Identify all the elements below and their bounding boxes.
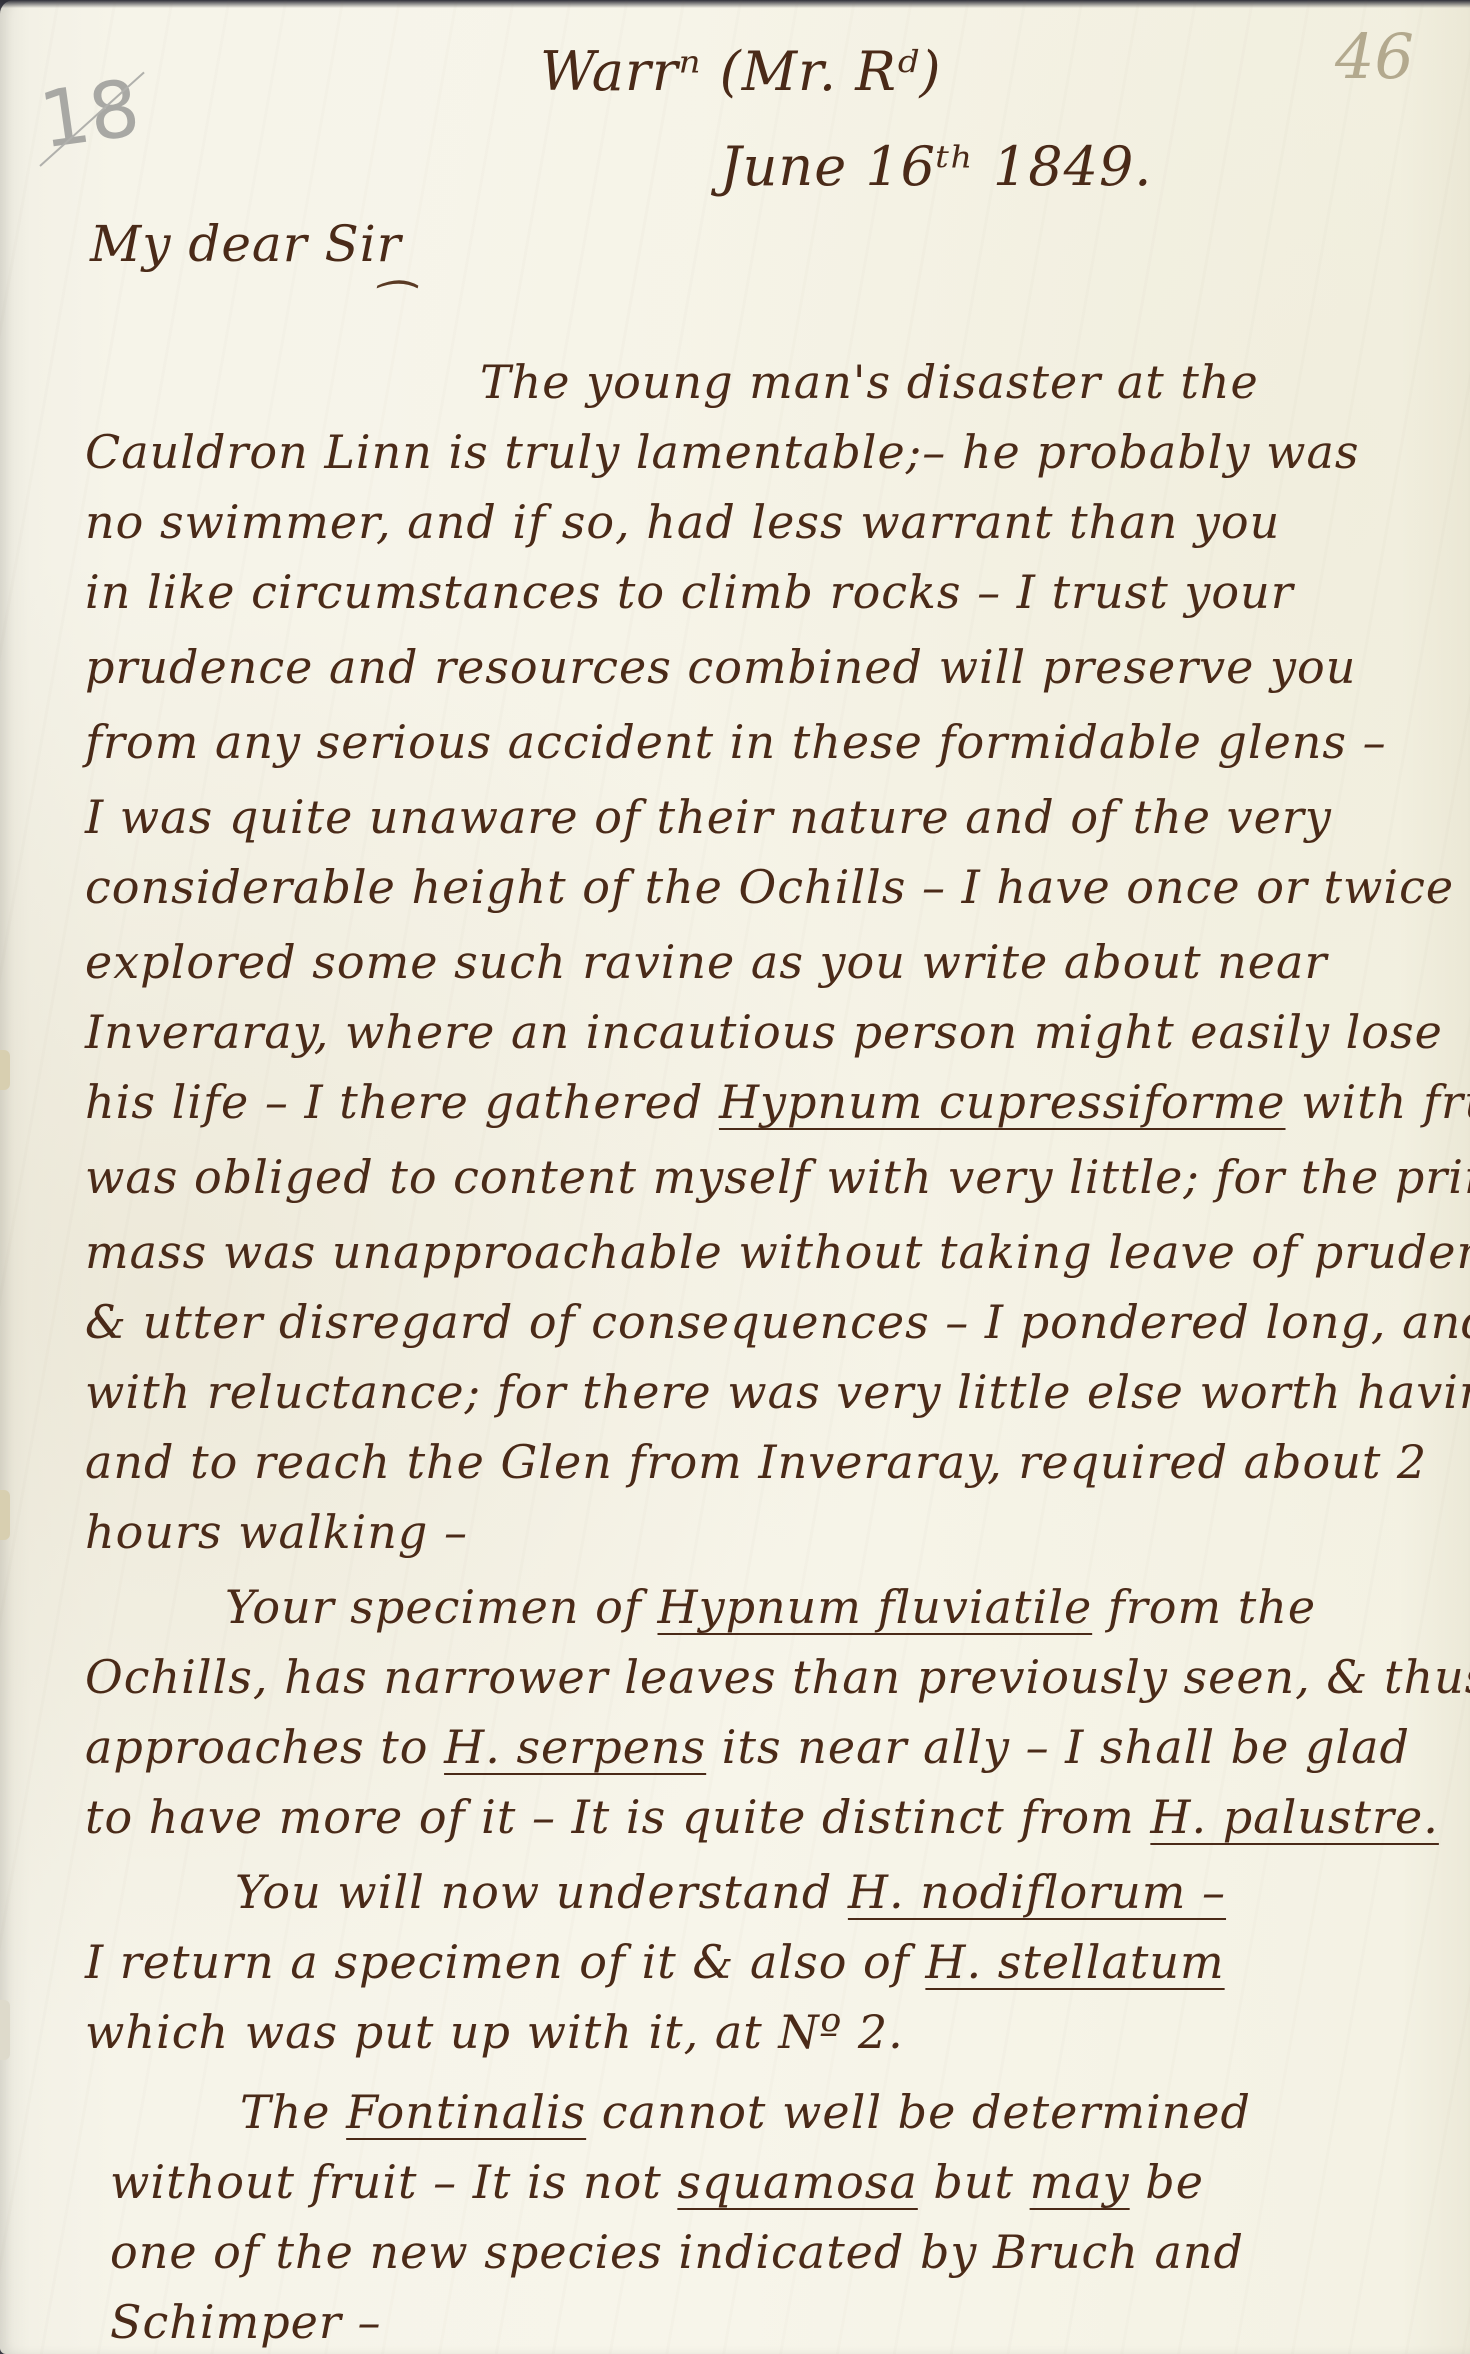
line-text: without fruit – It is not bbox=[110, 2155, 662, 2209]
letter-line: Cauldron Linn is truly lamentable;– he p… bbox=[85, 425, 1360, 479]
line-text: You will now understand bbox=[235, 1865, 832, 1919]
binding-thread-mark bbox=[0, 2000, 10, 2060]
species-name-underlined: H. palustre. bbox=[1150, 1790, 1439, 1844]
letter-line: hours walking – bbox=[85, 1505, 468, 1559]
letter-line: from any serious accident in these formi… bbox=[85, 715, 1387, 769]
species-name-underlined: H. nodiflorum – bbox=[848, 1865, 1226, 1919]
letter-line: prudence and resources combined will pre… bbox=[85, 640, 1356, 694]
letter-line: & utter disregard of consequences – I po… bbox=[85, 1295, 1470, 1349]
salutation: My dear Sir bbox=[90, 215, 402, 273]
folio-number: 46 bbox=[1335, 20, 1414, 93]
letter-line: The Fontinalis cannot well be determined bbox=[240, 2085, 1251, 2139]
letter-line: no swimmer, and if so, had less warrant … bbox=[85, 495, 1280, 549]
letter-line: mass was unapproachable without taking l… bbox=[85, 1225, 1470, 1279]
binding-thread-mark bbox=[0, 1490, 10, 1540]
line-text: cannot well be determined bbox=[586, 2085, 1251, 2139]
letter-line: I return a specimen of it & also of H. s… bbox=[85, 1935, 1225, 1989]
letter-line: The young man's disaster at the bbox=[480, 355, 1259, 409]
line-text: but bbox=[918, 2155, 1030, 2209]
line-text: be bbox=[1130, 2155, 1204, 2209]
line-text: its near ally – I shall be glad bbox=[706, 1720, 1410, 1774]
page-top-edge-shadow bbox=[0, 0, 1470, 8]
binding-thread-mark bbox=[0, 1050, 10, 1090]
letter-line: Your specimen of Hypnum fluviatile from … bbox=[225, 1580, 1316, 1634]
species-name-underlined: Hypnum fluviatile bbox=[658, 1580, 1093, 1634]
line-text: I return a specimen of it & also of bbox=[85, 1935, 910, 1989]
letter-line: Ochills, has narrower leaves than previo… bbox=[85, 1650, 1470, 1704]
letter-line: was obliged to content myself with very … bbox=[85, 1150, 1470, 1204]
letter-line: without fruit – It is not squamosa but m… bbox=[110, 2155, 1204, 2209]
letter-line: and to reach the Glen from Inveraray, re… bbox=[85, 1435, 1427, 1489]
letter-line: You will now understand H. nodiflorum – bbox=[235, 1865, 1226, 1919]
pencil-annotation-number: 18 bbox=[34, 64, 145, 167]
emphasis-underlined: may bbox=[1030, 2155, 1130, 2209]
letter-date: June 16ᵗʰ 1849. bbox=[720, 135, 1152, 198]
letter-line: Schimper – bbox=[110, 2295, 382, 2349]
line-text: Your specimen of bbox=[225, 1580, 642, 1634]
letter-line: Inveraray, where an incautious person mi… bbox=[85, 1005, 1443, 1059]
letter-line: his life – I there gathered Hypnum cupre… bbox=[85, 1075, 1470, 1129]
line-text: with fruit, but bbox=[1286, 1075, 1470, 1129]
letter-line: which was put up with it, at Nº 2. bbox=[85, 2005, 904, 2059]
species-name-underlined: H. stellatum bbox=[925, 1935, 1224, 1989]
line-text: approaches to bbox=[85, 1720, 428, 1774]
genus-name-underlined: Fontinalis bbox=[346, 2085, 586, 2139]
letter-line: to have more of it – It is quite distinc… bbox=[85, 1790, 1439, 1844]
letter-line: in like circumstances to climb rocks – I… bbox=[85, 565, 1294, 619]
species-name-underlined: Hypnum cupressiforme bbox=[719, 1075, 1286, 1129]
line-text: to have more of it – It is quite distinc… bbox=[85, 1790, 1135, 1844]
letter-line: I was quite unaware of their nature and … bbox=[85, 790, 1332, 844]
letter-line: with reluctance; for there was very litt… bbox=[85, 1365, 1470, 1419]
line-text: The bbox=[240, 2085, 331, 2139]
letter-place-heading: Warrⁿ (Mr. Rᵈ) bbox=[540, 40, 942, 103]
line-text: his life – I there gathered bbox=[85, 1075, 703, 1129]
letter-line: explored some such ravine as you write a… bbox=[85, 935, 1327, 989]
salutation-flourish: ⁀ bbox=[370, 280, 408, 334]
letter-line: one of the new species indicated by Bruc… bbox=[110, 2225, 1244, 2279]
line-text: from the bbox=[1092, 1580, 1316, 1634]
species-name-underlined: squamosa bbox=[677, 2155, 917, 2209]
letter-line: approaches to H. serpens its near ally –… bbox=[85, 1720, 1410, 1774]
letter-line: considerable height of the Ochills – I h… bbox=[85, 860, 1454, 914]
species-name-underlined: H. serpens bbox=[444, 1720, 706, 1774]
letter-page: 18 46 Warrⁿ (Mr. Rᵈ) June 16ᵗʰ 1849. My … bbox=[0, 0, 1470, 2354]
